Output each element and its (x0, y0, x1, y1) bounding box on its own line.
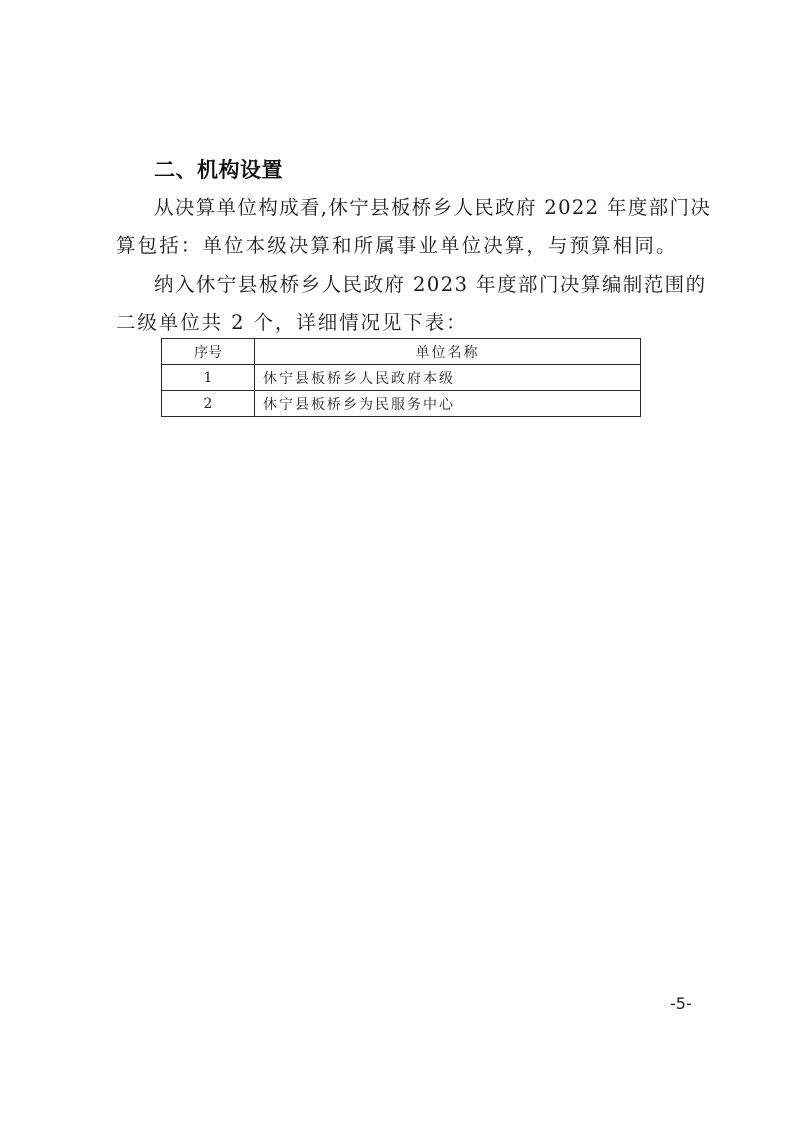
units-table: 序号 单位名称 1 休宁县板桥乡人民政府本级 2 休宁县板桥乡为民服务中心 (161, 338, 641, 417)
section-heading: 二、机构设置 (154, 154, 283, 184)
table-row: 2 休宁县板桥乡为民服务中心 (162, 391, 641, 417)
document-page: 二、机构设置 从决算单位构成看,休宁县板桥乡人民政府 2022 年度部门决 算包… (0, 0, 793, 1121)
paragraph-line-2: 算包括：单位本级决算和所属事业单位决算，与预算相同。 (116, 234, 678, 258)
cell-serial-no: 2 (162, 391, 255, 417)
header-unit-name: 单位名称 (255, 339, 641, 365)
paragraph-line-1: 从决算单位构成看,休宁县板桥乡人民政府 2022 年度部门决 (154, 196, 711, 220)
page-number: -5- (670, 994, 692, 1013)
cell-unit-name: 休宁县板桥乡为民服务中心 (255, 391, 641, 417)
cell-serial-no: 1 (162, 365, 255, 391)
table-header-row: 序号 单位名称 (162, 339, 641, 365)
cell-unit-name: 休宁县板桥乡人民政府本级 (255, 365, 641, 391)
paragraph-line-4: 二级单位共 2 个，详细情况见下表： (116, 311, 468, 335)
paragraph-line-3: 纳入休宁县板桥乡人民政府 2023 年度部门决算编制范围的 (154, 273, 707, 297)
table-row: 1 休宁县板桥乡人民政府本级 (162, 365, 641, 391)
header-serial-no: 序号 (162, 339, 255, 365)
